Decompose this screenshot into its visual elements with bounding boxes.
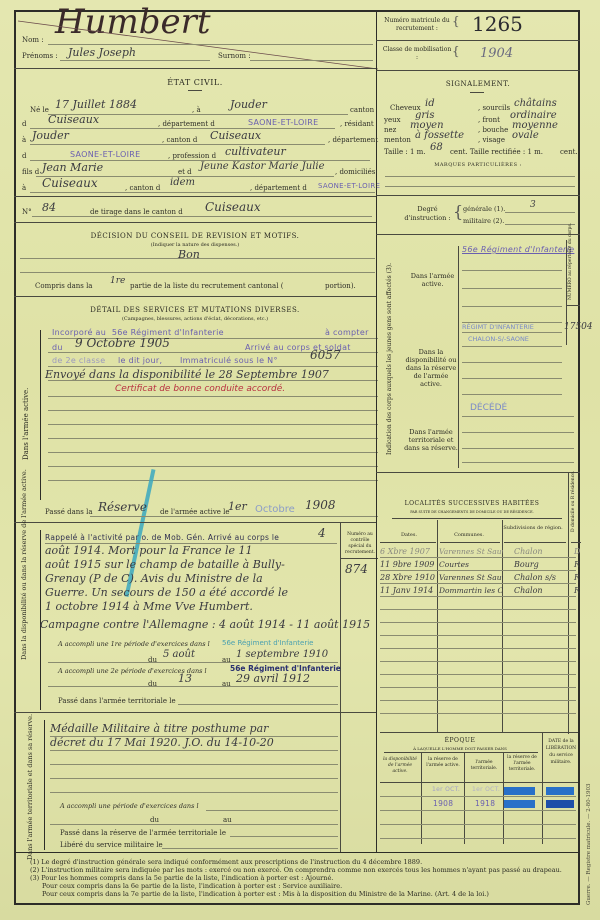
periode1-label: A accompli une 1re période d'exercices d… xyxy=(58,640,210,648)
profession: cultivateur xyxy=(225,145,286,158)
affectation-side-label: Indication des corps auxquels les jeunes… xyxy=(386,263,393,455)
territoriale-passage-label: Passé dans l'armée territoriale le xyxy=(58,697,176,705)
nom-label: Nom : xyxy=(22,36,44,44)
periode2-au: 29 avril 1912 xyxy=(236,672,310,685)
epoque-col-4: la réserve de l'armée territoriale. xyxy=(503,755,541,773)
periode1-au-label: au xyxy=(222,656,231,664)
surnom-label: Surnom : xyxy=(218,52,251,60)
epoque-col-3: l'armée territoriale. xyxy=(465,760,503,772)
menton-value: à fossette xyxy=(415,130,464,141)
passe-date-a: 1er xyxy=(228,500,247,513)
affectation-territoriale-label: Dans l'armée territoriale et dans sa rés… xyxy=(402,428,460,452)
affectation-reserve-label: Dans la disponibilité ou dans la réserve… xyxy=(402,348,460,388)
signalement-title: SIGNALEMENT. xyxy=(376,80,580,88)
periode1-au: 1 septembre 1910 xyxy=(236,649,328,660)
portion-label: portion). xyxy=(325,282,356,290)
canton-naissance: Cuiseaux xyxy=(48,113,99,126)
epoque-col-1: la disponibilité de l'armée active. xyxy=(380,757,420,775)
epoque-territoriale-row2: 1918 xyxy=(475,799,495,808)
a-compter-stamp: à compter xyxy=(325,328,369,337)
blue-mark xyxy=(504,800,535,808)
repertoire-label: NUMÉRO au répertoire du corps. xyxy=(568,240,573,300)
services-title: DÉTAIL DES SERVICES ET MUTATIONS DIVERSE… xyxy=(14,306,376,314)
classe-label: Classe de mobilisation : xyxy=(382,46,452,62)
certificat-stamp: Certificat de bonne conduite accordé. xyxy=(115,384,285,394)
passe-date-c: 1908 xyxy=(305,498,336,512)
side-label-active: Dans l'armée active. xyxy=(22,388,30,460)
territoriale-stamp: DÉCÉDÉ xyxy=(470,403,507,413)
localites-col-4: D domicile ou R résidence. xyxy=(571,471,576,532)
periode1-du-label: du xyxy=(148,656,157,664)
resident-label: , résidant xyxy=(340,120,374,128)
compris-rest: partie de la liste du recrutement canton… xyxy=(130,282,283,290)
compris-label: Compris dans la xyxy=(35,282,92,290)
departement-naissance-stamp: SAONE-ET-LOIRE xyxy=(248,118,319,127)
localites-col-2: Communes. xyxy=(437,532,501,538)
periode2-au-label: au xyxy=(222,680,231,688)
residence: Jouder xyxy=(32,129,69,142)
handwritten-death-notes: août 1914. Mort pour la France le 11 aoû… xyxy=(45,544,340,614)
numero-controle-label: Numéro au contrôle spécial du recrutemen… xyxy=(343,532,377,556)
generale-label: générale (1). xyxy=(463,205,505,213)
localites-col-3: Subdivisions de région. xyxy=(502,525,564,532)
fils-label: fils d xyxy=(22,168,39,176)
periode2-du-label: du xyxy=(148,680,157,688)
ne-le-label: Né le xyxy=(30,106,49,114)
localites-subtitle: PAR SUITE DE CHANGEMENTS DE DOMICILE OU … xyxy=(376,510,568,514)
passe-rest: de l'armée active le xyxy=(160,508,230,516)
au-label-terr: au xyxy=(223,816,232,824)
sourcils-value: châtains xyxy=(514,98,557,109)
marques-label: MARQUES PARTICULIÈRES : xyxy=(376,162,580,168)
side-label-reserve: Dans la disponibilité ou dans la réserve… xyxy=(20,469,28,660)
bouche-label: , bouche xyxy=(478,126,508,134)
canton3-label: , canton d xyxy=(125,184,160,192)
rappel-date: 4 xyxy=(318,526,326,540)
periode1-unit-stamp: 56e Régiment d'Infanterie xyxy=(222,639,313,647)
reserve-terr-label: Passé dans la réserve de l'armée territo… xyxy=(60,829,226,837)
side-label-territoriale: Dans l'armée territoriale et dans sa rés… xyxy=(26,714,34,860)
affectation-active-stamp: 56e Régiment d'Infanterie xyxy=(462,245,574,254)
domicile: Cuiseaux xyxy=(42,176,98,190)
degre-label: Degré d'instruction : xyxy=(400,205,455,223)
generale-value: 3 xyxy=(530,200,536,210)
canton-residence: Cuiseaux xyxy=(210,129,261,142)
departement-domicile-stamp: SAONE-ET-LOIRE xyxy=(318,182,380,190)
campagne-note: Campagne contre l'Allemagne : 4 août 191… xyxy=(40,618,370,631)
cheveux-value: id xyxy=(425,98,435,109)
revision-title: DÉCISION DU CONSEIL DE REVISION ET MOTIF… xyxy=(14,232,376,240)
blue-mark xyxy=(504,787,535,795)
du-label: du xyxy=(52,343,63,352)
strike-line xyxy=(18,14,378,72)
periode2-du: 13 xyxy=(178,672,192,685)
departement-residence-stamp: SAONE-ET-LOIRE xyxy=(70,150,141,159)
incorporation-date: 9 Octobre 1905 xyxy=(75,336,170,350)
revision-decision: Bon xyxy=(178,248,200,261)
canton2-label: , canton d xyxy=(162,136,197,144)
sourcils-label: , sourcils xyxy=(478,104,510,112)
menton-label: menton xyxy=(384,136,411,144)
blue-mark xyxy=(546,787,574,795)
epoque-subtitle: À LAQUELLE L'HOMME DOIT PASSER DANS xyxy=(380,746,540,751)
classe-value: 1904 xyxy=(480,46,513,61)
tirage-canton: Cuiseaux xyxy=(205,200,261,214)
partie-value: 1re xyxy=(110,276,125,286)
a-label: , à xyxy=(192,106,201,114)
numero-controle-value: 874 xyxy=(345,562,368,576)
ne-le-value: 17 Juillet 1884 xyxy=(55,98,137,111)
passe-label: Passé dans la xyxy=(45,508,93,516)
prenoms-label: Prénoms : xyxy=(22,52,58,60)
localites-dates: 6 Xbre 1907 11 9bre 1909 28 Xbre 1910 11… xyxy=(380,545,438,597)
matricule-value: 1265 xyxy=(472,12,523,36)
departement3-label: , département d xyxy=(250,184,307,192)
nez-label: nez xyxy=(384,126,396,134)
departement2-label: , département xyxy=(328,136,378,144)
militaire-label: militaire (2). xyxy=(463,217,504,225)
domicilies-label: , domiciliés xyxy=(335,168,375,176)
document-page: Humbert Nom : Prénoms : Jules Joseph Sur… xyxy=(0,0,600,920)
tirage-label: de tirage dans le canton d xyxy=(90,208,183,216)
etat-civil-title: ÉTAT CIVIL. xyxy=(14,78,376,87)
canton-domicile: idem xyxy=(170,177,195,188)
immatricule-stamp: Immatriculé sous le N° xyxy=(180,356,278,365)
pere: Jean Marie xyxy=(42,161,103,174)
periode-label: A accompli une période d'exercices dans … xyxy=(60,802,199,810)
periode1-du: 5 août xyxy=(163,649,195,660)
prenoms-value: Jules Joseph xyxy=(68,46,136,59)
tirage-prefix: N° xyxy=(22,208,32,216)
affectation-active-label: Dans l'armée active. xyxy=(405,272,460,288)
yeux-label: yeux xyxy=(384,116,401,124)
du-label-terr: du xyxy=(150,816,159,824)
dit-jour-stamp: le dit jour, xyxy=(118,356,162,365)
epoque-territoriale-row1: 1er OCT. xyxy=(472,786,500,793)
epoque-reserve-active-row1: 1er OCT. xyxy=(432,786,460,793)
et-label: et d xyxy=(178,168,192,176)
matricule-label: Numéro matricule du recrutement : xyxy=(382,17,452,33)
departement-label: , département d xyxy=(158,120,215,128)
blue-mark xyxy=(546,800,574,808)
front-label: , front xyxy=(478,116,500,124)
canton-label: canton xyxy=(350,106,374,114)
localites-communes: Varennes St Sauveur Courtes Varennes St … xyxy=(439,545,503,597)
cent-label: cent. xyxy=(560,148,578,156)
profession-label: , profession d xyxy=(168,152,216,160)
visage-label: , visage xyxy=(478,136,505,144)
epoque-reserve-active-row2: 1908 xyxy=(433,799,453,808)
taille-value: 68 xyxy=(430,142,443,153)
classe-stamp: de 2e classe xyxy=(52,356,105,365)
passe-value: Réserve xyxy=(98,500,147,514)
taille-label: Taille : 1 m. xyxy=(384,148,426,156)
localites-subdivisions: Chalon Bourg Chalon s/s Chalon xyxy=(514,545,566,597)
rappel-stamp: Rappelé à l'activité par o. de Mob. Gén.… xyxy=(45,533,279,542)
reserve-stamp-line1: RÉGIMT D'INFANTERIE xyxy=(462,323,534,331)
localites-col-1: Dates. xyxy=(378,532,440,538)
passe-date-b: Octobre xyxy=(255,504,295,515)
reserve-stamp-line2: CHALON-S/-SAONE xyxy=(468,335,529,343)
margin-print: Guerre. — Registre matricule. — 2-80-190… xyxy=(586,784,592,905)
localites-types: D R R R xyxy=(574,545,580,597)
reserve-repertoire: 17504 xyxy=(564,322,593,332)
immatricule-num: 6057 xyxy=(310,348,341,362)
services-subtitle: (Campagnes, blessures, actions d'éclat, … xyxy=(14,316,376,322)
taille-rectifiee-label: cent. Taille rectifiée : 1 m. xyxy=(450,148,543,156)
tirage-numero: 84 xyxy=(42,201,56,214)
localites-title: LOCALITÉS SUCCESSIVES HABITÉES xyxy=(376,500,568,507)
footnotes: (1) Le degré d'instruction générale sera… xyxy=(30,858,580,898)
epoque-col-2: la réserve de l'armée active. xyxy=(422,757,464,769)
mere: Jeune Kastor Marie Julie xyxy=(200,161,325,172)
libere-label: Libéré du service militaire le xyxy=(60,841,163,849)
visage-value: ovale xyxy=(512,130,539,141)
lieu-naissance: Jouder xyxy=(230,98,267,111)
epoque-title: ÉPOQUE xyxy=(380,737,540,744)
liberation-label: DATE de la LIBÉRATION du service militai… xyxy=(545,738,577,766)
